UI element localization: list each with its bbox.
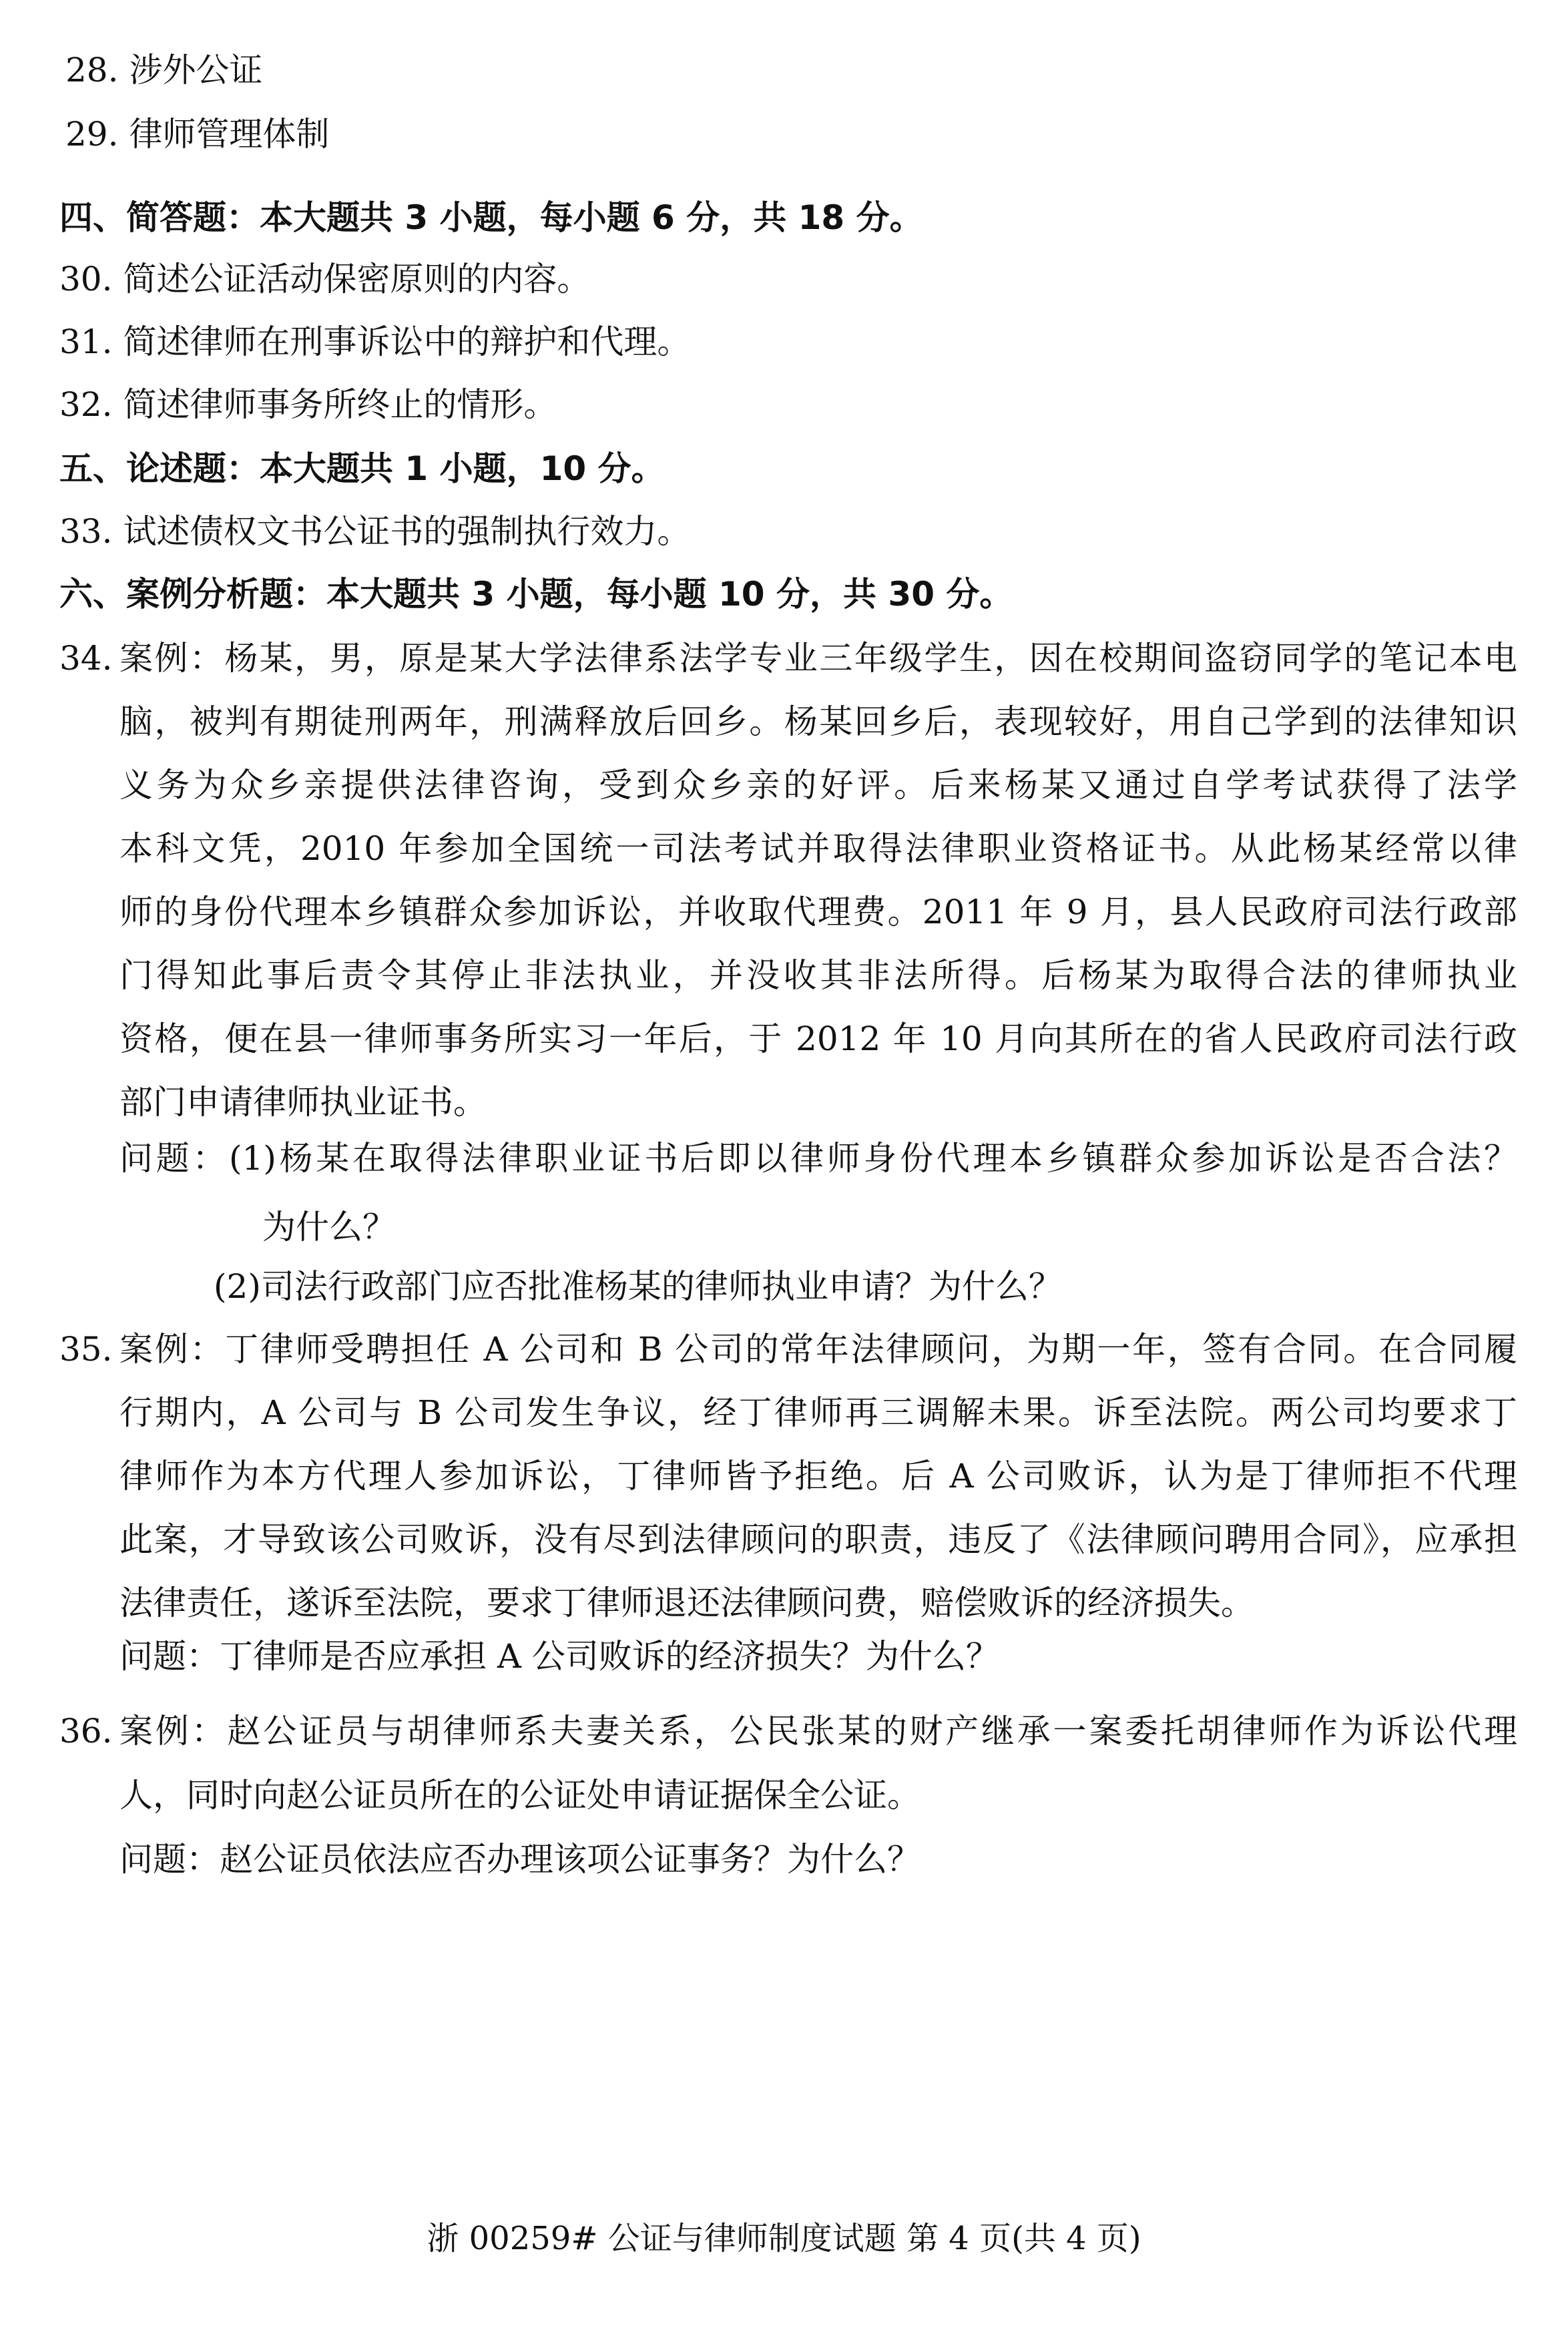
item-text: 涉外公证 xyxy=(129,51,262,89)
case-36-number: 36. xyxy=(59,1711,113,1751)
case-34-question-1-cont: 为什么？ xyxy=(262,1207,396,1247)
section-heading-short-answer: 四、简答题：本大题共 3 小题，每小题 6 分，共 18 分。 xyxy=(59,198,923,238)
case-36-line: 人，同时向赵公证员所在的公证处申请证据保全公证。 xyxy=(119,1775,921,1815)
case-34-line: 师的身份代理本乡镇群众参加诉讼，并收取代理费。2011 年 9 月，县人民政府司… xyxy=(119,892,1517,932)
case-35-line: 案例：丁律师受聘担任 A 公司和 B 公司的常年法律顾问，为期一年，签有合同。在… xyxy=(119,1329,1517,1369)
item-29: 29. 律师管理体制 xyxy=(65,114,329,154)
case-34-line: 脑，被判有期徒刑两年，刑满释放后回乡。杨某回乡后，表现较好，用自己学到的法律知识 xyxy=(119,702,1517,742)
item-text: 简述律师事务所终止的情形。 xyxy=(123,385,557,424)
case-35-question: 问题：丁律师是否应承担 A 公司败诉的经济损失？为什么？ xyxy=(119,1636,999,1676)
item-33: 33. 试述债权文书公证书的强制执行效力。 xyxy=(59,511,690,551)
case-34-question-1: 问题：(1)杨某在取得法律职业证书后即以律师身份代理本乡镇群众参加诉讼是否合法？ xyxy=(119,1138,1517,1178)
item-32: 32. 简述律师事务所终止的情形。 xyxy=(59,385,557,425)
case-34-number: 34. xyxy=(59,638,113,678)
item-31: 31. 简述律师在刑事诉讼中的辩护和代理。 xyxy=(59,322,690,362)
item-30: 30. 简述公证活动保密原则的内容。 xyxy=(59,259,590,299)
case-35-line: 法律责任，遂诉至法院，要求丁律师退还法律顾问费，赔偿败诉的经济损失。 xyxy=(119,1583,1254,1623)
section-heading-essay: 五、论述题：本大题共 1 小题，10 分。 xyxy=(59,449,665,489)
item-text: 试述债权文书公证书的强制执行效力。 xyxy=(123,512,690,551)
item-number: 30. xyxy=(59,260,113,298)
case-35-line: 此案，才导致该公司败诉，没有尽到法律顾问的职责，违反了《法律顾问聘用合同》，应承… xyxy=(119,1519,1517,1560)
case-36-question: 问题：赵公证员依法应否办理该项公证事务？为什么？ xyxy=(119,1839,921,1879)
case-34-line: 部门申请律师执业证书。 xyxy=(119,1082,487,1122)
case-34-line: 资格，便在县一律师事务所实习一年后，于 2012 年 10 月向其所在的省人民政… xyxy=(119,1019,1517,1059)
item-28: 28. 涉外公证 xyxy=(65,50,262,90)
item-number: 28. xyxy=(65,51,119,89)
case-35-line: 行期内，A 公司与 B 公司发生争议，经丁律师再三调解未果。诉至法院。两公司均要… xyxy=(119,1393,1517,1433)
item-number: 33. xyxy=(59,512,113,551)
section-heading-case-analysis: 六、案例分析题：本大题共 3 小题，每小题 10 分，共 30 分。 xyxy=(59,574,1013,614)
case-36-line: 案例：赵公证员与胡律师系夫妻关系，公民张某的财产继承一案委托胡律师作为诉讼代理 xyxy=(119,1711,1517,1751)
item-text: 简述公证活动保密原则的内容。 xyxy=(123,260,590,298)
item-text: 简述律师在刑事诉讼中的辩护和代理。 xyxy=(123,322,690,361)
case-34-line: 本科文凭，2010 年参加全国统一司法考试并取得法律职业资格证书。从此杨某经常以… xyxy=(119,829,1517,869)
case-34-line: 案例：杨某，男，原是某大学法律系法学专业三年级学生，因在校期间盗窃同学的笔记本电 xyxy=(119,638,1517,678)
case-34-line: 门得知此事后责令其停止非法执业，并没收其非法所得。后杨某为取得合法的律师执业 xyxy=(119,955,1517,995)
case-34-question-2: (2)司法行政部门应否批准杨某的律师执业申请？为什么？ xyxy=(214,1266,1062,1307)
case-35-number: 35. xyxy=(59,1329,113,1369)
case-35-line: 律师作为本方代理人参加诉讼，丁律师皆予拒绝。后 A 公司败诉，认为是丁律师拒不代… xyxy=(119,1456,1517,1496)
item-number: 32. xyxy=(59,385,113,424)
item-text: 律师管理体制 xyxy=(129,115,329,154)
item-number: 29. xyxy=(65,115,119,154)
item-number: 31. xyxy=(59,322,113,361)
page-footer: 浙 00259# 公证与律师制度试题 第 4 页(共 4 页) xyxy=(0,2218,1568,2259)
case-34-line: 义务为众乡亲提供法律咨询，受到众乡亲的好评。后来杨某又通过自学考试获得了法学 xyxy=(119,765,1517,805)
